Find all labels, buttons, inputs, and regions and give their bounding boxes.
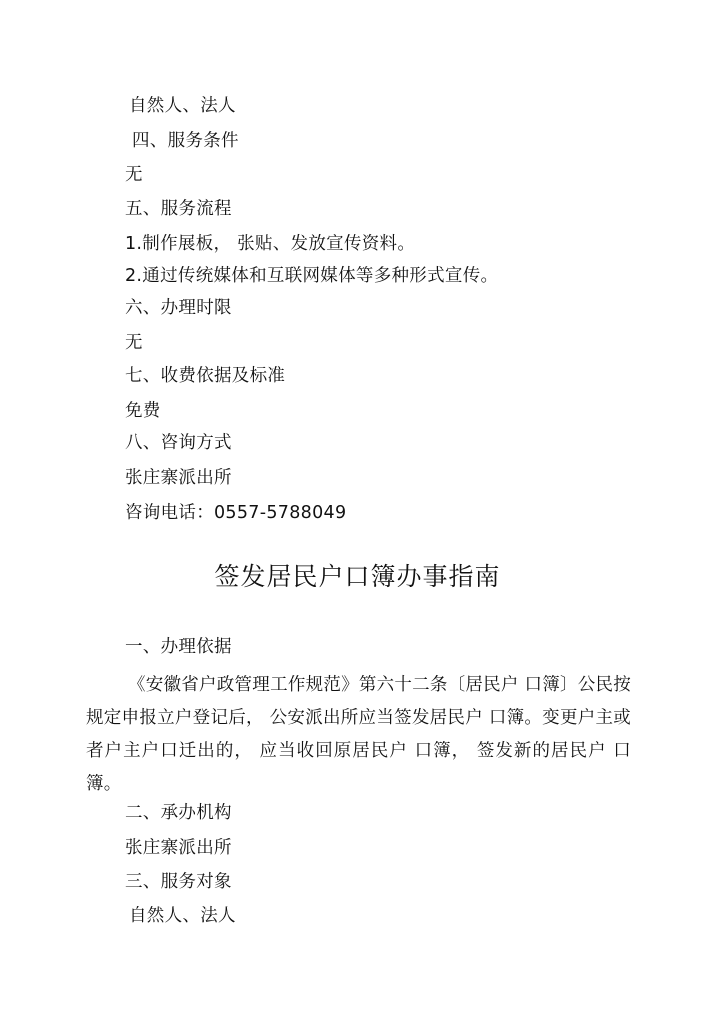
section-heading-time-limit: 六、办理时限 xyxy=(125,297,232,319)
guide-title: 签发居民户口簿办事指南 xyxy=(0,561,715,593)
service-target-text-2: 自然人、法人 xyxy=(129,905,236,927)
legal-basis-paragraph: 《安徽省户政管理工作规范》第六十二条〔居民户 口簿〕公民按规定申报立户登记后， … xyxy=(86,669,631,801)
service-target-text: 自然人、法人 xyxy=(129,95,236,117)
section-heading-service-process: 五、服务流程 xyxy=(125,198,232,220)
process-step-2: 2.通过传统媒体和互联网媒体等多种形式宣传。 xyxy=(125,265,498,287)
section-heading-legal-basis: 一、办理依据 xyxy=(125,636,232,658)
process-step-1: 1.制作展板， 张贴、发放宣传资料。 xyxy=(125,233,415,255)
consultation-phone: 咨询电话：0557-5788049 xyxy=(125,502,346,524)
section-heading-consultation: 八、咨询方式 xyxy=(125,432,232,454)
section-heading-handling-agency: 二、承办机构 xyxy=(125,802,232,824)
handling-agency-text: 张庄寨派出所 xyxy=(125,837,232,859)
section-heading-service-target: 三、服务对象 xyxy=(125,871,232,893)
service-conditions-text: 无 xyxy=(125,164,143,186)
consultation-office: 张庄寨派出所 xyxy=(125,467,232,489)
section-heading-fee-basis: 七、收费依据及标准 xyxy=(125,365,285,387)
time-limit-text: 无 xyxy=(125,332,143,354)
section-heading-service-conditions: 四、服务条件 xyxy=(132,130,239,152)
fee-text: 免费 xyxy=(125,400,161,422)
